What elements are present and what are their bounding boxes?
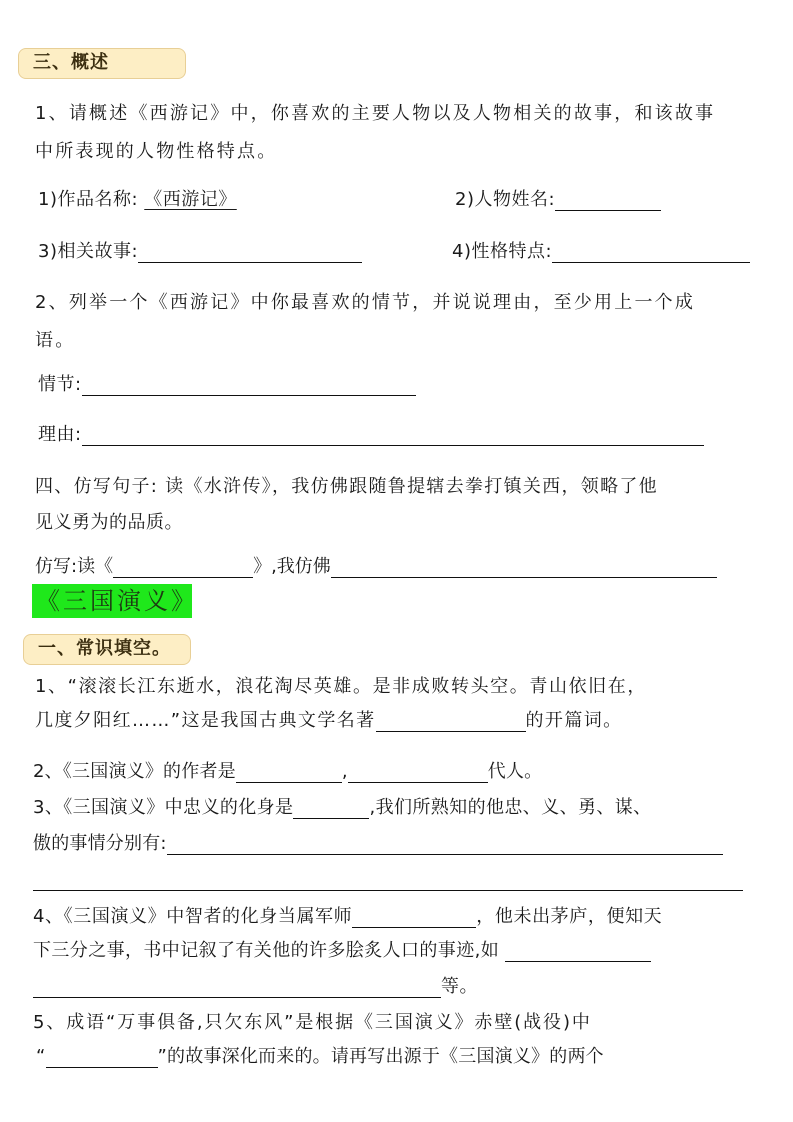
sanguo-q2: 2、《三国演义》的作者是,代人。 <box>33 761 542 783</box>
field-related-story: 3)相关故事: <box>38 241 362 263</box>
character-name-blank[interactable] <box>555 190 661 211</box>
imitate-mid: 》,我仿佛 <box>253 556 331 577</box>
sanguo-q5-line-1: 5、成语“万事俱备,只欠东风”是根据《三国演义》赤壁(战役)中 <box>33 1012 592 1034</box>
strategist-blank[interactable] <box>352 907 476 928</box>
author-blank[interactable] <box>236 762 342 783</box>
masterpiece-blank[interactable] <box>376 711 526 732</box>
q1-prefix: 几度夕阳红……”这是我国古典文学名著 <box>35 710 376 731</box>
reason-label: 理由: <box>38 424 82 445</box>
dynasty-blank[interactable] <box>348 762 488 783</box>
question-2-line-1: 2、列举一个《西游记》中你最喜欢的情节，并说说理由，至少用上一个成 <box>35 292 695 314</box>
story-name-blank[interactable] <box>46 1047 158 1068</box>
q3-prefix: 3、《三国演义》中忠义的化身是 <box>33 797 293 818</box>
field-label: 2)人物姓名: <box>455 189 555 210</box>
personality-blank[interactable] <box>552 242 750 263</box>
field-personality: 4)性格特点: <box>452 241 750 263</box>
section-heading-fill-blanks: 一、常识填空。 <box>23 634 191 665</box>
sanguo-q3-line-2: 傲的事情分别有: <box>33 833 723 855</box>
q3-suffix: ,我们所熟知的他忠、义、勇、谋、 <box>369 797 651 818</box>
sanguo-q4-line-2: 下三分之事，书中记叙了有关他的许多脍炙人口的事迹,如 <box>33 940 651 962</box>
q4-suffix: ，他未出茅庐，便知天 <box>476 906 662 927</box>
question-1-line-1: 1、请概述《西游记》中，你喜欢的主要人物以及人物相关的故事，和该故事 <box>35 103 715 125</box>
section-heading-text: 三、概述 <box>33 52 109 73</box>
sanguo-q5-line-2: “”的故事深化而来的。请再写出源于《三国演义》的两个 <box>36 1046 604 1068</box>
q4-prefix: 4、《三国演义》中智者的化身当属军师 <box>33 906 352 927</box>
imitate-sentence-blank[interactable] <box>331 557 717 578</box>
reason-blank[interactable] <box>82 425 704 446</box>
sanguo-q4-line-3: 等。 <box>33 976 478 998</box>
q2-suffix: 代人。 <box>488 761 543 782</box>
story-example-blank-2[interactable] <box>33 977 441 998</box>
deeds-blank-line-2[interactable] <box>33 890 743 891</box>
section-4-line-2: 见义勇为的品质。 <box>35 512 183 534</box>
q5-open-quote: “ <box>36 1046 46 1067</box>
q4-line2-prefix: 下三分之事，书中记叙了有关他的许多脍炙人口的事迹,如 <box>33 940 499 961</box>
section-heading-overview: 三、概述 <box>18 48 186 79</box>
field-label: 1)作品名称: <box>38 189 144 210</box>
q2-prefix: 2、《三国演义》的作者是 <box>33 761 236 782</box>
question-2-line-2: 语。 <box>35 330 75 352</box>
sanguo-q1-line-1: 1、“滚滚长江东逝水，浪花淘尽英雄。是非成败转头空。青山依旧在， <box>35 676 647 698</box>
question-1-line-2: 中所表现的人物性格特点。 <box>35 141 277 163</box>
plot-blank[interactable] <box>82 375 416 396</box>
sanguo-q1-line-2: 几度夕阳红……”这是我国古典文学名著的开篇词。 <box>35 710 623 732</box>
plot-label: 情节: <box>38 374 82 395</box>
imitate-sentence: 仿写:读《》,我仿佛 <box>35 556 717 578</box>
sanguo-q3-line-1: 3、《三国演义》中忠义的化身是,我们所熟知的他忠、义、勇、谋、 <box>33 797 652 819</box>
book-title-sanguo: 《三国演义》 <box>32 584 192 618</box>
imitate-prefix: 仿写:读《 <box>35 556 113 577</box>
q5-line2-suffix: ”的故事深化而来的。请再写出源于《三国演义》的两个 <box>158 1046 604 1067</box>
section-4-line-1: 四、仿写句子: 读《水浒传》，我仿佛跟随鲁提辖去拳打镇关西，领略了他 <box>35 476 658 498</box>
work-title-value[interactable]: 《西游记》 <box>144 189 237 210</box>
q1-suffix: 的开篇词。 <box>526 710 623 731</box>
reason-field: 理由: <box>38 424 704 446</box>
field-label: 4)性格特点: <box>452 241 552 262</box>
field-work-title: 1)作品名称: 《西游记》 <box>38 189 243 211</box>
deeds-blank[interactable] <box>167 834 723 855</box>
q3-line2-prefix: 傲的事情分别有: <box>33 833 167 854</box>
imitate-book-blank[interactable] <box>113 557 253 578</box>
plot-field: 情节: <box>38 374 416 396</box>
field-label: 3)相关故事: <box>38 241 138 262</box>
loyalty-figure-blank[interactable] <box>293 798 369 819</box>
related-story-blank[interactable] <box>138 242 362 263</box>
field-character-name: 2)人物姓名: <box>455 189 661 211</box>
sanguo-q4-line-1: 4、《三国演义》中智者的化身当属军师，他未出茅庐，便知天 <box>33 906 662 928</box>
q4-line3-suffix: 等。 <box>441 976 478 997</box>
section-heading-text: 一、常识填空。 <box>38 638 171 659</box>
story-example-blank[interactable] <box>505 941 651 962</box>
